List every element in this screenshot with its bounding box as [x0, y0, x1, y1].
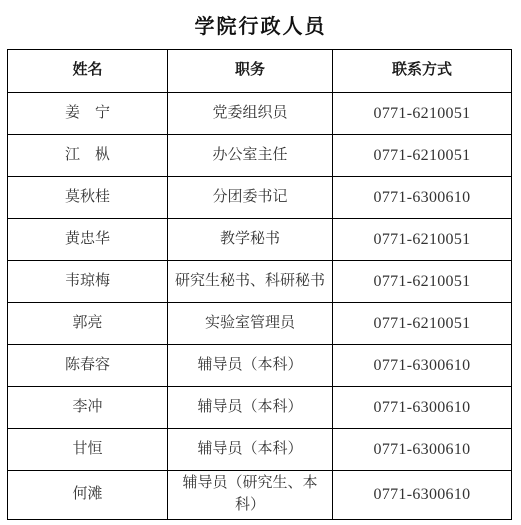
- table-row: 李冲 辅导员（本科） 0771-6300610: [8, 387, 512, 429]
- cell-contact: 0771-6210051: [333, 303, 512, 345]
- cell-contact: 0771-6300610: [333, 471, 512, 520]
- table-row: 郭亮 实验室管理员 0771-6210051: [8, 303, 512, 345]
- cell-position: 辅导员（本科）: [168, 345, 333, 387]
- table-header: 姓名职务联系方式: [8, 50, 512, 93]
- table-row: 莫秋桂 分团委书记 0771-6300610: [8, 177, 512, 219]
- cell-contact: 0771-6300610: [333, 429, 512, 471]
- cell-name: 黄忠华: [8, 219, 168, 261]
- table-row: 韦琼梅 研究生秘书、科研秘书 0771-6210051: [8, 261, 512, 303]
- cell-contact: 0771-6210051: [333, 219, 512, 261]
- cell-position: 研究生秘书、科研秘书: [168, 261, 333, 303]
- cell-position: 辅导员（本科）: [168, 429, 333, 471]
- column-header: 姓名: [8, 50, 168, 93]
- cell-position: 分团委书记: [168, 177, 333, 219]
- cell-contact: 0771-6210051: [333, 93, 512, 135]
- cell-position: 辅导员（研究生、本科）: [168, 471, 333, 520]
- cell-contact: 0771-6300610: [333, 345, 512, 387]
- cell-name: 李冲: [8, 387, 168, 429]
- table-row: 甘恒 辅导员（本科） 0771-6300610: [8, 429, 512, 471]
- column-header: 职务: [168, 50, 333, 93]
- table-row: 江 枞 办公室主任 0771-6210051: [8, 135, 512, 177]
- cell-contact: 0771-6210051: [333, 261, 512, 303]
- column-header: 联系方式: [333, 50, 512, 93]
- table-body: 姜 宁 党委组织员 0771-6210051 江 枞 办公室主任 0771-62…: [8, 93, 512, 520]
- cell-name: 姜 宁: [8, 93, 168, 135]
- table-row: 黄忠华 教学秘书 0771-6210051: [8, 219, 512, 261]
- cell-name: 韦琼梅: [8, 261, 168, 303]
- cell-position: 教学秘书: [168, 219, 333, 261]
- cell-contact: 0771-6300610: [333, 177, 512, 219]
- cell-name: 陈春容: [8, 345, 168, 387]
- cell-position: 辅导员（本科）: [168, 387, 333, 429]
- cell-position: 党委组织员: [168, 93, 333, 135]
- table-row: 何滩 辅导员（研究生、本科） 0771-6300610: [8, 471, 512, 520]
- cell-contact: 0771-6300610: [333, 387, 512, 429]
- page: 学院行政人员 姓名职务联系方式 姜 宁 党委组织员 0771-6210051 江…: [0, 0, 521, 525]
- cell-contact: 0771-6210051: [333, 135, 512, 177]
- cell-name: 江 枞: [8, 135, 168, 177]
- cell-name: 何滩: [8, 471, 168, 520]
- cell-name: 甘恒: [8, 429, 168, 471]
- table-row: 陈春容 辅导员（本科） 0771-6300610: [8, 345, 512, 387]
- staff-table: 姓名职务联系方式 姜 宁 党委组织员 0771-6210051 江 枞 办公室主…: [7, 49, 512, 520]
- cell-name: 郭亮: [8, 303, 168, 345]
- table-row: 姜 宁 党委组织员 0771-6210051: [8, 93, 512, 135]
- cell-position: 实验室管理员: [168, 303, 333, 345]
- cell-position: 办公室主任: [168, 135, 333, 177]
- header-row: 姓名职务联系方式: [8, 50, 512, 93]
- page-title: 学院行政人员: [0, 0, 521, 49]
- cell-name: 莫秋桂: [8, 177, 168, 219]
